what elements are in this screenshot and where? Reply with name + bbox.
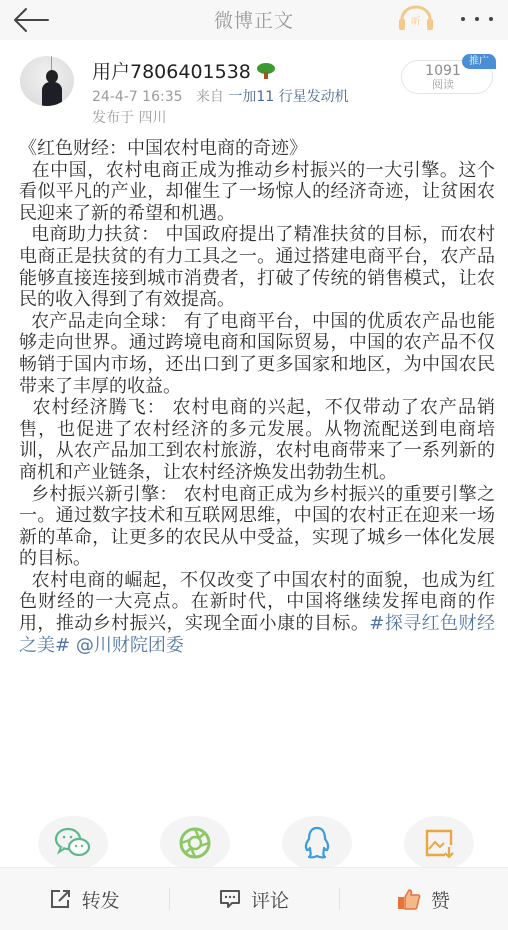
post-paragraph: 乡村振兴新引擎： 农村电商正成为乡村振兴的重要引擎之一。通过数字技术和互联网思维… bbox=[19, 484, 495, 570]
more-options-button[interactable] bbox=[455, 6, 499, 32]
more-dots-icon bbox=[461, 17, 465, 21]
bottom-action-bar: 转发 评论 赞 bbox=[0, 867, 508, 930]
comment-label: 评论 bbox=[251, 886, 289, 913]
wechat-icon bbox=[53, 827, 93, 859]
comment-icon bbox=[219, 889, 241, 909]
comment-button[interactable]: 评论 bbox=[169, 868, 338, 930]
tree-icon[interactable] bbox=[257, 63, 275, 79]
post-body: 《红色财经：中国农村电商的奇迹》 在中国，农村电商正成为推动乡村振兴的一大引擎。… bbox=[19, 138, 495, 656]
moments-aperture-icon bbox=[178, 826, 212, 860]
promote-tag[interactable]: 推广 bbox=[462, 54, 496, 69]
headphones-listen-icon: 听 bbox=[396, 3, 436, 33]
avatar[interactable] bbox=[20, 56, 74, 106]
post-paragraph: 农产品走向全球： 有了电商平台，中国的优质农产品也能够走向世界。通过跨境电商和国… bbox=[19, 311, 495, 397]
repost-icon bbox=[50, 889, 72, 909]
like-button[interactable]: 赞 bbox=[339, 868, 508, 930]
share-qq-button[interactable] bbox=[282, 816, 352, 870]
share-moments-button[interactable] bbox=[160, 816, 230, 870]
post-paragraph-last: 农村电商的崛起，不仅改变了中国农村的面貌，也成为红色财经的一大亮点。在新时代，中… bbox=[19, 570, 495, 656]
share-row bbox=[0, 816, 508, 868]
qq-penguin-icon bbox=[302, 825, 332, 861]
post-source[interactable]: 一加11 行星发动机 bbox=[228, 89, 348, 105]
listen-button[interactable]: 听 bbox=[396, 3, 436, 33]
post-paragraph: 电商助力扶贫： 中国政府提出了精准扶贫的目标，而农村电商正是扶贫的有力工具之一。… bbox=[19, 224, 495, 310]
post-location: 发布于 四川 bbox=[92, 107, 166, 127]
post-timestamp: 24-4-7 16:35 bbox=[92, 89, 183, 105]
post-detail: 用户7806401538 24-4-7 16:35 来自 一加11 行星发动机 … bbox=[0, 40, 508, 867]
save-image-button[interactable] bbox=[404, 816, 474, 870]
like-label: 赞 bbox=[431, 886, 450, 913]
share-wechat-button[interactable] bbox=[38, 816, 108, 870]
post-paragraph: 农村经济腾飞： 农村电商的兴起，不仅带动了农产品销售，也促进了农村经济的多元发展… bbox=[19, 397, 495, 483]
repost-button[interactable]: 转发 bbox=[0, 868, 169, 930]
mention-link[interactable]: @川财院团委 bbox=[76, 635, 184, 656]
repost-label: 转发 bbox=[82, 886, 120, 913]
author-name[interactable]: 用户7806401538 bbox=[92, 57, 251, 84]
thumbs-up-icon bbox=[397, 888, 421, 910]
source-prefix: 来自 bbox=[196, 89, 224, 105]
top-navigation-bar: 微博正文 听 bbox=[0, 0, 508, 40]
location-value: 四川 bbox=[138, 110, 166, 126]
svg-text:听: 听 bbox=[411, 15, 421, 28]
post-title: 《红色财经：中国农村电商的奇迹》 bbox=[19, 138, 495, 160]
author-name-row: 用户7806401538 bbox=[92, 57, 275, 84]
post-meta: 24-4-7 16:35 来自 一加11 行星发动机 bbox=[92, 86, 349, 106]
save-image-icon bbox=[423, 827, 455, 859]
post-paragraph: 在中国，农村电商正成为推动乡村振兴的一大引擎。这个看似平凡的产业，却催生了一场惊… bbox=[19, 160, 495, 225]
read-label: 阅读 bbox=[394, 79, 492, 91]
